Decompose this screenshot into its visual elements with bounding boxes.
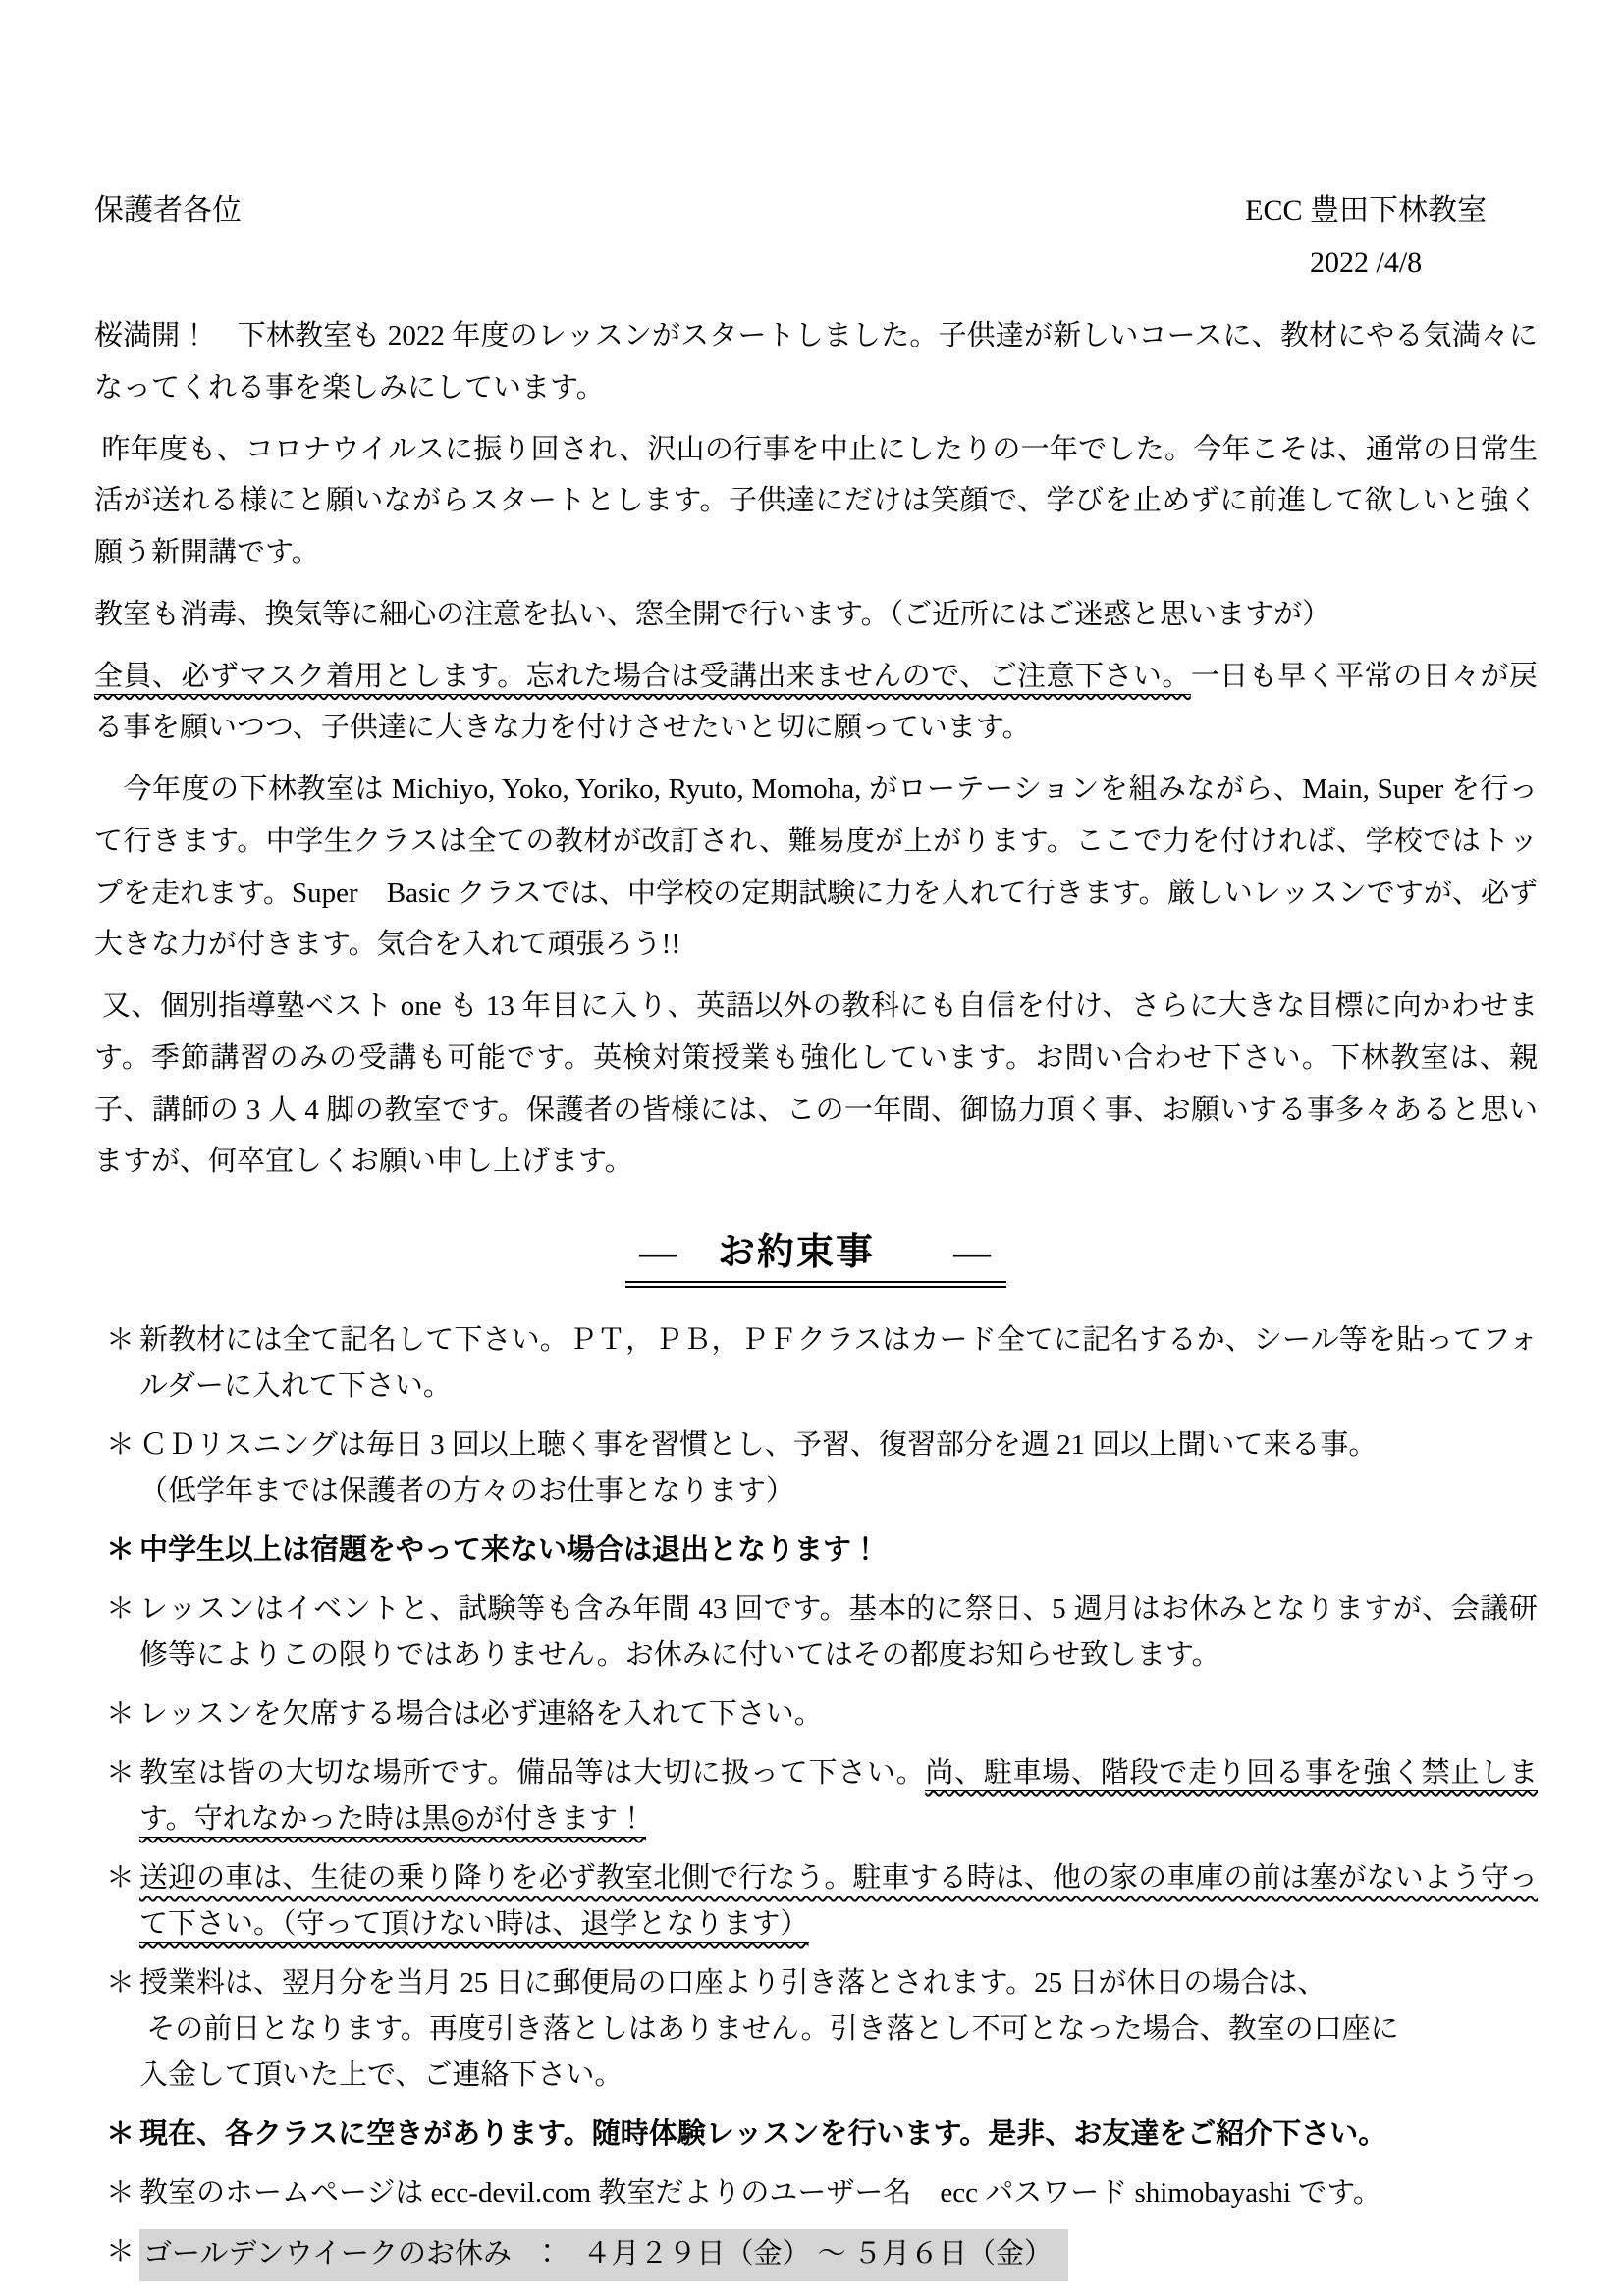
addressee: 保護者各位	[94, 188, 242, 233]
paragraph: 全員、必ずマスク着用とします。忘れた場合は受講出来ませんので、ご注意下さい。一日…	[94, 651, 1538, 755]
rule-text: 現在、各クラスに空きがあります。随時体験レッスンを行います。是非、お友達をご紹介…	[139, 2111, 1538, 2158]
rule-item: ＊現在、各クラスに空きがあります。随時体験レッスンを行います。是非、お友達をご紹…	[94, 2111, 1538, 2158]
rule-item: ＊ゴールデンウイークのお休み ： ４月２９日（金） ～ ５月６日（金）	[94, 2229, 1538, 2281]
rules-list: ＊新教材には全て記名して下さい。ＰＴ，ＰＢ，ＰＦクラスはカード全てに記名するか、…	[94, 1317, 1538, 2280]
rule-text-highlighted: ゴールデンウイークのお休み ： ４月２９日（金） ～ ５月６日（金）	[139, 2229, 1068, 2281]
asterisk-bullet: ＊	[106, 1960, 139, 2006]
asterisk-bullet: ＊	[106, 1317, 139, 1363]
asterisk-bullet: ＊	[106, 1691, 139, 1737]
rule-text: レッスンを欠席する場合は必ず連絡を入れて下さい。	[139, 1691, 1538, 1737]
rule-text: レッスンはイベントと、試験等も含み年間 43 回です。基本的に祭日、5 週月はお…	[139, 1586, 1538, 1679]
section-heading: ― お約束事 ―	[625, 1221, 1006, 1288]
rule-item: ＊レッスンはイベントと、試験等も含み年間 43 回です。基本的に祭日、5 週月は…	[94, 1586, 1538, 1679]
rule-item: ＊ＣＤリスニングは毎日 3 回以上聴く事を習慣とし、予習、復習部分を週 21 回…	[94, 1422, 1538, 1515]
letter-header: 保護者各位 ECC 豊田下林教室 2022 /4/8	[94, 188, 1538, 285]
asterisk-bullet: ＊	[106, 1586, 139, 1632]
section-heading-wrap: ― お約束事 ―	[94, 1221, 1538, 1288]
asterisk-bullet: ＊	[106, 1855, 139, 1901]
rule-text: 教室のホームページは ecc-devil.com 教室だよりのユーザー名 ecc…	[139, 2170, 1538, 2216]
text-segment: ＣＤリスニングは毎日 3 回以上聴く事を習慣とし、予習、復習部分を週 21 回以…	[139, 1429, 1377, 1507]
letter-page: 保護者各位 ECC 豊田下林教室 2022 /4/8 桜満開！ 下林教室も 20…	[0, 0, 1624, 2296]
text-segment: 今年度の下林教室は Michiyo, Yoko, Yoriko, Ryuto, …	[94, 774, 1538, 960]
paragraph: 今年度の下林教室は Michiyo, Yoko, Yoriko, Ryuto, …	[94, 764, 1538, 971]
text-segment: レッスンを欠席する場合は必ず連絡を入れて下さい。	[139, 1698, 823, 1730]
asterisk-bullet: ＊	[106, 2170, 139, 2216]
text-segment: 現在、各クラスに空きがあります。随時体験レッスンを行います。是非、お友達をご紹介…	[139, 2118, 1386, 2150]
text-segment: レッスンはイベントと、試験等も含み年間 43 回です。基本的に祭日、5 週月はお…	[139, 1593, 1538, 1671]
paragraph: 昨年度も、コロナウイルスに振り回され、沢山の行事を中止にしたりの一年でした。今年…	[94, 424, 1538, 579]
rule-item: ＊教室は皆の大切な場所です。備品等は大切に扱って下さい。尚、駐車場、階段で走り回…	[94, 1750, 1538, 1842]
rule-item: ＊授業料は、翌月分を当月 25 日に郵便局の口座より引き落とされます。25 日が…	[94, 1960, 1538, 2099]
paragraph: 教室も消毒、換気等に細心の注意を払い、窓全開で行います。（ご近所にはご迷惑と思い…	[94, 589, 1538, 641]
text-segment: 新教材には全て記名して下さい。ＰＴ，ＰＢ，ＰＦクラスはカード全てに記名するか、シ…	[139, 1324, 1538, 1402]
rule-text: 授業料は、翌月分を当月 25 日に郵便局の口座より引き落とされます。25 日が休…	[139, 1960, 1538, 2099]
text-segment: ゴールデンウイークのお休み ： ４月２９日（金） ～ ５月６日（金）	[143, 2238, 1053, 2269]
asterisk-bullet: ＊	[106, 1750, 139, 1796]
rule-item: ＊送迎の車は、生徒の乗り降りを必ず教室北側で行なう。駐車する時は、他の家の車庫の…	[94, 1855, 1538, 1948]
wavy-underline-text: 全員、必ずマスク着用とします。忘れた場合は受講出来ませんので、ご注意下さい。	[94, 661, 1191, 695]
rule-text: 中学生以上は宿題をやって来ない場合は退出となります！	[139, 1527, 1538, 1574]
asterisk-bullet: ＊	[106, 2229, 139, 2275]
intro-paragraphs: 桜満開！ 下林教室も 2022 年度のレッスンがスタートしました。子供達が新しい…	[94, 310, 1538, 1188]
rule-text: 教室は皆の大切な場所です。備品等は大切に扱って下さい。尚、駐車場、階段で走り回る…	[139, 1750, 1538, 1842]
text-segment: 又、個別指導塾ベスト one も 13 年目に入り、英語以外の教科にも自信を付け…	[94, 990, 1538, 1177]
text-segment: 教室は皆の大切な場所です。備品等は大切に扱って下さい。	[139, 1757, 925, 1789]
sender-block: ECC 豊田下林教室 2022 /4/8	[1245, 188, 1487, 285]
text-segment: 中学生以上は宿題をやって来ない場合は退出となります！	[139, 1534, 880, 1566]
asterisk-bullet: ＊	[106, 1422, 139, 1468]
rule-item: ＊教室のホームページは ecc-devil.com 教室だよりのユーザー名 ec…	[94, 2170, 1538, 2216]
wavy-underline-text: 送迎の車は、生徒の乗り降りを必ず教室北側で行なう。駐車する時は、他の家の車庫の前…	[139, 1862, 1538, 1943]
asterisk-bullet: ＊	[106, 1527, 139, 1574]
letter-date: 2022 /4/8	[1245, 240, 1487, 285]
rule-item: ＊レッスンを欠席する場合は必ず連絡を入れて下さい。	[94, 1691, 1538, 1737]
text-segment: 教室も消毒、換気等に細心の注意を払い、窓全開で行います。（ご近所にはご迷惑と思い…	[94, 599, 1330, 630]
school-name: ECC 豊田下林教室	[1245, 188, 1487, 233]
rule-item: ＊新教材には全て記名して下さい。ＰＴ，ＰＢ，ＰＦクラスはカード全てに記名するか、…	[94, 1317, 1538, 1410]
text-segment: 教室のホームページは ecc-devil.com 教室だよりのユーザー名 ecc…	[139, 2177, 1381, 2209]
rule-text: 送迎の車は、生徒の乗り降りを必ず教室北側で行なう。駐車する時は、他の家の車庫の前…	[139, 1855, 1538, 1948]
asterisk-bullet: ＊	[106, 2111, 139, 2158]
text-segment: 桜満開！ 下林教室も 2022 年度のレッスンがスタートしました。子供達が新しい…	[94, 320, 1538, 403]
rule-item: ＊中学生以上は宿題をやって来ない場合は退出となります！	[94, 1527, 1538, 1574]
rule-text: ＣＤリスニングは毎日 3 回以上聴く事を習慣とし、予習、復習部分を週 21 回以…	[139, 1422, 1538, 1515]
text-segment: 授業料は、翌月分を当月 25 日に郵便局の口座より引き落とされます。25 日が休…	[139, 1967, 1399, 2091]
rule-text: 新教材には全て記名して下さい。ＰＴ，ＰＢ，ＰＦクラスはカード全てに記名するか、シ…	[139, 1317, 1538, 1410]
paragraph: 桜満開！ 下林教室も 2022 年度のレッスンがスタートしました。子供達が新しい…	[94, 310, 1538, 414]
text-segment: 昨年度も、コロナウイルスに振り回され、沢山の行事を中止にしたりの一年でした。今年…	[94, 434, 1538, 569]
paragraph: 又、個別指導塾ベスト one も 13 年目に入り、英語以外の教科にも自信を付け…	[94, 981, 1538, 1188]
